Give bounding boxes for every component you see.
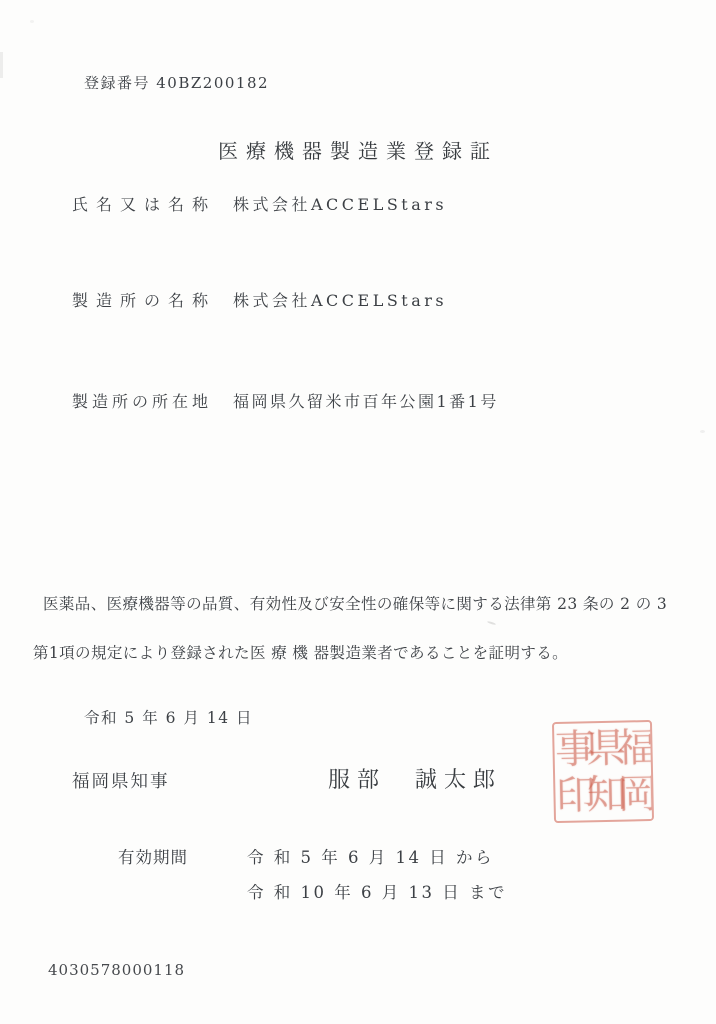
scan-artifact <box>30 20 34 23</box>
registration-number: 登録番号 40BZ200182 <box>84 72 269 93</box>
validity-period-label: 有効期間 <box>118 844 188 868</box>
validity-period-to: 令 和 10 年 6 月 13 日 まで <box>247 879 507 903</box>
issue-date: 令和 5 年 6 月 14 日 <box>84 706 253 728</box>
certification-text-line2: 第1項の規定により登録された医 療 機 器製造業者であることを証明する。 <box>33 641 568 663</box>
issuer-name: 服部 誠太郎 <box>328 763 502 794</box>
certificate-page: 登録番号 40BZ200182 医療機器製造業登録証 氏名又は名称 株式会社AC… <box>0 0 716 1024</box>
document-code: 4030578000118 <box>48 961 185 979</box>
issuer-title: 福岡県知事 <box>72 768 170 793</box>
field-value-name: 株式会社ACCELStars <box>233 192 447 215</box>
document-title: 医療機器製造業登録証 <box>0 135 716 164</box>
field-label-plant-name: 製造所の名称 <box>72 288 208 311</box>
governor-seal-text: 福岡県知事印 <box>554 722 652 821</box>
field-label-plant-address: 製造所の所在地 <box>72 389 208 412</box>
validity-period-from: 令 和 5 年 6 月 14 日 から <box>247 844 494 868</box>
scan-artifact <box>0 52 3 78</box>
scan-artifact <box>487 621 496 626</box>
governor-seal-stamp: 福岡県知事印 <box>552 720 654 823</box>
certification-text-line1: 医薬品、医療機器等の品質、有効性及び安全性の確保等に関する法律第 23 条の 2… <box>43 592 667 614</box>
field-value-plant-name: 株式会社ACCELStars <box>233 288 447 311</box>
scan-artifact <box>700 430 705 433</box>
field-value-plant-address: 福岡県久留米市百年公園1番1号 <box>233 389 499 412</box>
field-label-name: 氏名又は名称 <box>72 192 208 215</box>
